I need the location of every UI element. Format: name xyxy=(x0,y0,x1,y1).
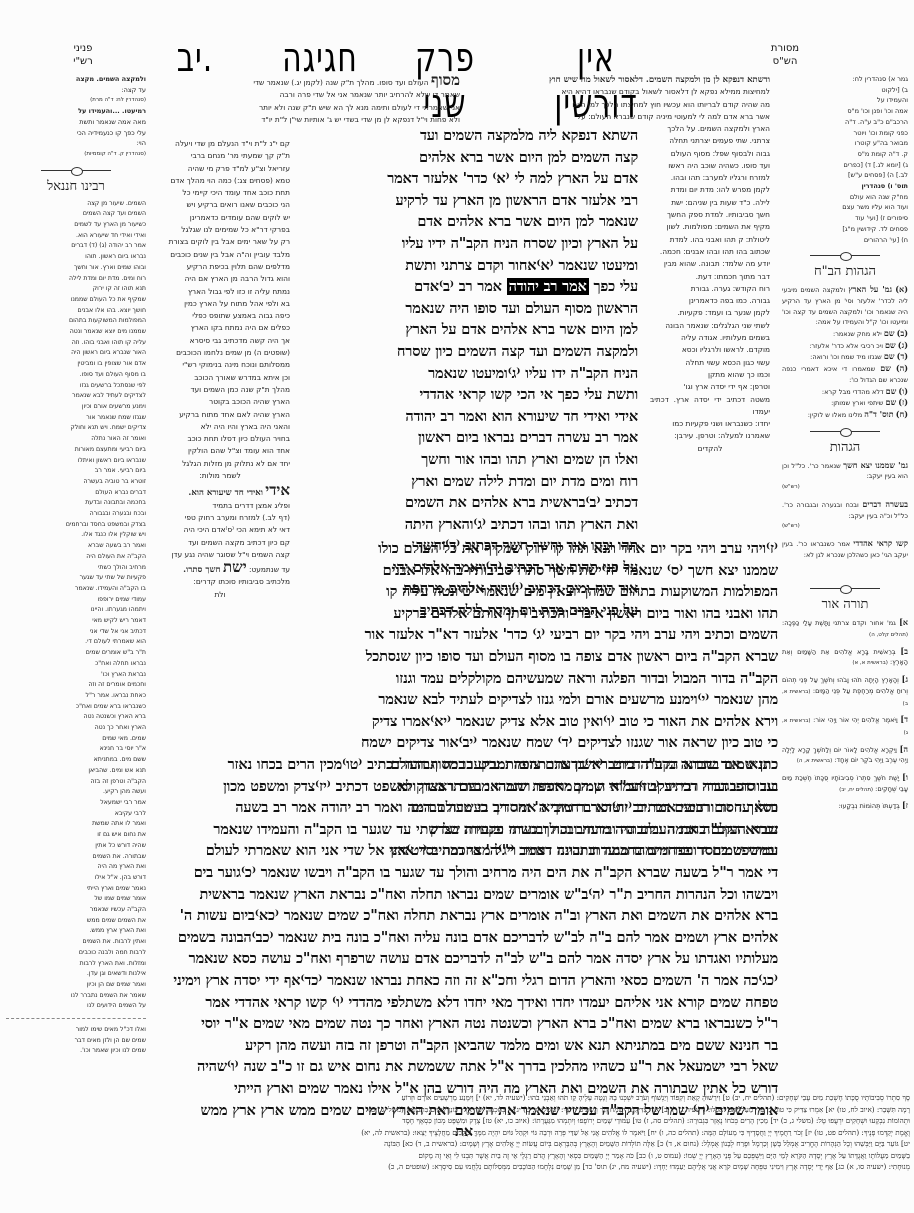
rc-line: ואומר זה האור נתלה xyxy=(6,434,146,445)
rc-line: ת"ר ב"ש אומרים שמים xyxy=(6,648,146,659)
rc-line: אילנות ודשאים וגן עדן. xyxy=(6,969,146,980)
rc-line: צדיקים ישמח. ויש תנא וחולק xyxy=(6,423,146,434)
rc-line: האור שנברא ביום ראשון היה xyxy=(6,348,146,359)
rashi-line: וטרפן: אף ידי יסדה ארץ וגו' xyxy=(650,381,770,393)
tosafot-line: מסוף העולם ועד סופו. מהלך ת"ק שנה (לקמן … xyxy=(150,74,460,89)
hagahot-entry: בעשרה דברים ובכח ובגערה ובגבורה כר'. כל"… xyxy=(782,499,908,532)
gemara-text: אמר רב ⁽ב⁾אדם xyxy=(414,278,502,295)
rc-line: וימנע מרשעים אורם וכיון xyxy=(6,402,146,413)
entry-text: מלינו מאלו ש לוקין: xyxy=(808,411,862,419)
rc-line: את השמים שמים ממש xyxy=(6,916,146,927)
entry-tag: ו] xyxy=(902,772,908,782)
gemara-line: השמים וכתיב ויהי ערב ויהי בקר יום רביעי … xyxy=(298,624,778,646)
tosafot-line: (שופטים ה) מן שמים נלחמו הכוכבים xyxy=(150,347,290,359)
gemara-line: עלי כפך אמר רב יהודה אמר רב ⁽ב⁾אדם xyxy=(298,276,638,298)
hagahot-habach-entry: (ב) שם ילא מחק שנאמר: xyxy=(782,328,908,340)
rc-line: תנא תוהו זה קו ירוק xyxy=(6,284,146,295)
rc-line: כאחת נבראו. אמר ר"ל xyxy=(6,691,146,702)
rc-line: אמר רבי ישמעאל xyxy=(6,798,146,809)
rashi-commentary: ודשתא דנפקא לן מן ולמקצה השמים. דלאסור ל… xyxy=(460,74,770,123)
rc-line: ברא הארץ וכשנטה נטה xyxy=(6,712,146,723)
rc-line: בו הקב"ה והעמידו. שנאמר xyxy=(6,584,146,595)
rc-line: לרבות חמה ולבנה כוכבים xyxy=(6,948,146,959)
penei-rashi-source: (סנהדרין ק. ד"ה קוממיות) xyxy=(6,149,146,160)
hagahot-habach-title: הגהות הב"ח xyxy=(782,264,908,280)
highlighted-phrase[interactable]: אמר רב יהודה xyxy=(507,278,589,295)
penei-rashi-label: פניני רש"י xyxy=(58,42,108,68)
hagahot-habach-entry: (ה) שם שמאמרו די איכא דאמרי כנפה שנכרא ש… xyxy=(782,363,908,385)
gemara-line: הניח הקב"ה ידו עליו ⁽ג⁾ומיעטו שנאמר xyxy=(298,363,638,385)
hagahot-habach-entry: (ג) שם ויכ רכיבי אלא כדר' אלעזר: xyxy=(782,340,908,352)
tosafot-line: ת"ק קך שמעתי מר' מנחם ברבי xyxy=(150,150,290,162)
gemara-line: עמודי שמים ירופפו ויתמהו מגערתו והיינו ד… xyxy=(150,840,778,862)
gemara-line: השתא דנפקא ליה מלמקצה השמים ועד xyxy=(298,125,638,147)
rc-line: תנא אש ומים. שהביאן xyxy=(6,766,146,777)
rashi-line: משטה דכתיב ידי יסדה ארץ. דכתיב יעמדו xyxy=(650,394,770,419)
rc-line: הקב"ה עכשיו שנאמר xyxy=(6,905,146,916)
entry-tag: (א) xyxy=(895,284,908,294)
torah-or-entry: ג] וְהָאָרֶץ הָיְתָה תֹהוּ וָבֹהוּ וְחֹש… xyxy=(782,674,908,709)
tosafot-line: קצה השמים וי"ל שסוגר שהיה נגע עדן xyxy=(150,549,290,561)
tosafot-text: חשך סתרו. xyxy=(183,565,221,575)
gemara-line: שברא הקב"ה ביום ראשון אדם צופה בו מסוף ה… xyxy=(298,646,778,668)
rc-line: דברים נברא העולם xyxy=(6,488,146,499)
rc-line: אומר שמים שמו של xyxy=(6,894,146,905)
gemara-line: כי טוב כיון שראה אור שגנזו לצדיקים ⁽ד⁾ ש… xyxy=(298,732,778,754)
rashi-line: למזרח ורגליו למערב: תהו ובהו. xyxy=(650,172,770,184)
rashi-line: אשר ברא אדם למה לי למעוטי מיניה קודם שנב… xyxy=(460,111,770,123)
rc-line: שאמר את השמים נתברר לנו xyxy=(6,991,146,1002)
tosafot-dibur-hamatchil: ישת xyxy=(223,558,247,576)
tosafot-text: ואידי חד שיעורא הוא. xyxy=(188,488,263,498)
rashi-line: דבר מתוך חכמתו: דעת. xyxy=(650,271,770,283)
verse-source: (תהלים קלט, ה) xyxy=(869,632,908,638)
tosafot-opening-word: מסוף xyxy=(431,71,460,89)
ornament-divider xyxy=(41,166,111,175)
masoret-entry: גמר א) סנהדרין לח: xyxy=(782,74,908,85)
entry-tag: ב] xyxy=(900,646,908,656)
rc-line: א"ר יוסי בר חנינא xyxy=(6,744,146,755)
tosafot-line: שאמר די שלא להרחיב יותר שנאמר אני אל שדי… xyxy=(150,89,460,101)
rashi-line: צרתני. שתי פעמים יצרתני תחלה xyxy=(650,135,770,147)
entry-head: שם xyxy=(885,340,896,350)
hagahot-habach-entry: (ח) תוס' ד"ה מלינו מאלו ש לוקין: xyxy=(782,409,908,421)
verse-source: (בראשית א, א) xyxy=(852,660,888,666)
torah-or-footnotes: סָךְ סִתְרוֹ סְבִיבוֹתָיו סֻכָּתוֹ חֶשְׁ… xyxy=(100,1092,910,1173)
entry-head: גמ' על הארץ xyxy=(848,284,892,294)
entry-tag: (ח) xyxy=(896,409,908,419)
entry-source: (רש"ש) xyxy=(782,482,908,493)
rc-line: חושך יוצא. בהו אלו אבנים xyxy=(6,306,146,317)
masoret-entry: ק. ד"ה קומת מ"ס xyxy=(782,149,908,160)
gemara-line: למן היום אשר ברא אלהים אדם על הארץ xyxy=(298,319,638,341)
entry-head: בעשרה דברים xyxy=(862,499,908,509)
verse-source: (תהלים יח, יב) xyxy=(839,787,873,793)
rashi-line: לקמן שנער בו ועמד: פקעיות. xyxy=(650,307,770,319)
entry-tag: א] xyxy=(899,617,908,627)
rc-line: הוא שאמרתי לעולם די. xyxy=(6,637,146,648)
rc-line: לפי שנסתכל ברשעים גנזו xyxy=(6,381,146,392)
entry-source: (רש"ש) xyxy=(782,521,908,532)
rc-line: שבתורה. את השמים xyxy=(6,852,146,863)
rashi-line: ליטולת: ק תהו ואבני בהו. למדת xyxy=(650,234,770,246)
entry-text: שיתפי וארץ שמותן: xyxy=(831,399,883,407)
rashi-line: וכמו כך שהוא מתקן xyxy=(650,369,770,381)
rc-line: דורש בהן. א"ל אילו xyxy=(6,873,146,884)
rabbeinu-chananel-title: רבינו חננאל xyxy=(6,179,146,195)
rashi-line: להקדים xyxy=(650,443,770,455)
rc-line: עמודי שמים ירופפו xyxy=(6,595,146,606)
penei-rashi-line: הוי: xyxy=(6,138,146,149)
tosafot-line: בחויר העולם כיון דסלו תחת כוכב xyxy=(150,433,290,445)
tosafot-line: והוא גדול הרבה מן הארץ אם היה xyxy=(150,273,290,285)
tosafot-line: כפלים אם היה נמתח בקו הארץ xyxy=(150,322,290,334)
hagahot-habach-entry: (א) גמ' על הארץ ולמקצה השמים מיבעי ליה ל… xyxy=(782,284,908,328)
penei-rashi-section: ולמקצה השמים. מקצה עד קצה: (סנהדרין לח: … xyxy=(6,74,146,160)
rashi-line: למחיצות ממילא נפקא לן דלאסור לשאול בקודם… xyxy=(460,86,770,98)
tosafot-line: הני כוכבים שאנו רואים ברקיע ויש xyxy=(150,199,290,211)
rc-line: שנבראו ביום ראשון ואיתלו xyxy=(6,456,146,467)
masoret-entry: לב.] ה) [פסחים ע"ש] xyxy=(782,170,908,181)
rc-line: ואמר שמים שם הן וכיון xyxy=(6,980,146,991)
ornament-divider xyxy=(810,584,880,593)
entry-head: שם xyxy=(885,397,896,407)
rc-line: מרחיב והולך כשתי xyxy=(6,563,146,574)
rc-line: ביום רביעי. אמר רב xyxy=(6,466,146,477)
rc-line: לרבי עקיבא xyxy=(6,809,146,820)
rc-line: דכתיב אני אל שדי אני xyxy=(6,627,146,638)
gemara-line: אמר רב עשרה דברים נבראו ביום ראשון xyxy=(298,427,638,449)
tosafot-line: ולת xyxy=(150,589,290,601)
gemara-line: הראשון מסוף העולם ועד סופו היה שנאמר xyxy=(298,298,638,320)
entry-tag: (ו) xyxy=(898,386,908,396)
rc-line: נאמר שמים וארץ הייתי xyxy=(6,884,146,895)
entry-tag: ג] xyxy=(902,674,908,684)
entry-tag: ז] xyxy=(902,800,908,810)
tosafot-line: טמא (פסחים צג:) כמה הוי מהלך אדם xyxy=(150,175,290,187)
tosafot-line: דאי לא תימא הכי ⁽ס⁾אדם היכי היה xyxy=(150,524,290,536)
gemara-line: אדם על הארץ למה לי ⁽א⁾ כדר' אלעזר דאמר xyxy=(298,168,638,190)
rashi-line: רוח הקודש: גערה. גבורת xyxy=(650,283,770,295)
masoret-entry: ג) [יומא לג.] ד) [כפרים xyxy=(782,160,908,171)
gemara-wide-block-lower: כונן שמים בתבונה בדעת דכתיב ⁽יד⁾בדעתו תה… xyxy=(150,754,778,1143)
gemara-line: ויבשהו וכל הנהרות החריב ת"ר ⁽ה⁾ב"ש אומרי… xyxy=(150,884,778,906)
footnote-line: בַשָּׁמַיִם מַעֲלוֹתָו וַאֲגֻדָּתוֹ עַל … xyxy=(100,1150,910,1162)
rc-line: שממנו מים יוצא שנאמר ונטה xyxy=(6,327,146,338)
gemara-line: בגבורה בגערה דכתיב ⁽טז⁾עמודי שמים ירופפו… xyxy=(150,776,778,798)
rc-line: זוטרא בר טוביה בעשרה xyxy=(6,477,146,488)
gemara-line: המפולמות המשוקעות בתהום שמהן יוצאין מים … xyxy=(298,581,778,603)
rc-line: ואידי ואידי חד שיעורא הוא. xyxy=(6,231,146,242)
rc-line: ויש שוקלין אלו כנגד אלו. xyxy=(6,530,146,541)
masoret-entry: מח"ק שנה הוא עולם xyxy=(782,192,908,203)
rc-line: נבראו ביום ראשון. תוהו xyxy=(6,252,146,263)
masoret-label-line1: מסורת xyxy=(760,42,810,55)
rashi-line: יודע מה שלמד: תבונה. שהוא מבין xyxy=(650,258,770,270)
tosafot-line: מלכתיב סביבותיו סוכתו קדרים: xyxy=(150,576,290,588)
verse-text: גמ' אחור וקדם צרתני וַתָּשֶׁת עָלַי כַּפ… xyxy=(782,619,896,627)
entry-head: שם xyxy=(884,351,895,361)
tosafot-line: הארץ שהיה לאם אחד מתוח ברקיע xyxy=(150,409,290,421)
ornament-divider xyxy=(810,251,880,260)
gemara-line: שברא הקב"ה את העולם היה מרחיב והולך כשתי… xyxy=(150,819,778,841)
rashi-line: מוקדם. לראשו ולרגליו וכסא xyxy=(650,344,770,356)
rc-line: על השמים הידועים לנו xyxy=(6,1001,146,1012)
rc-line: בו מסוף העולם ועד סופו. xyxy=(6,370,146,381)
masoret-label-line2: הש"ס xyxy=(760,55,810,68)
tosafot-line: אני שאמרתי די לעולם ותימה מנא לך הא שיש … xyxy=(150,102,460,114)
rc-note-line: ואלו דכ"ל מאים שימו למור xyxy=(6,1025,146,1036)
rc-line: רוח ומים. מדת יום ומדת לילה xyxy=(6,274,146,285)
rc-line: הקב"ה את העולם היה xyxy=(6,552,146,563)
rc-line: שהיה דורש כל אתין xyxy=(6,841,146,852)
rc-line: ועשה מהן רקיע. xyxy=(6,787,146,798)
masoret-entry: כפני קומת וכו' ויוטר xyxy=(782,128,908,139)
entry-head: שם xyxy=(880,363,891,373)
masoret-entry: סיפורים ז) [ועי' עוד xyxy=(782,213,908,224)
tosafot-dibur-hamatchil: אידי xyxy=(265,481,290,499)
rc-line: דאמר ריש לקיש מאי xyxy=(6,616,146,627)
rc-line: ואת הארץ מה היה xyxy=(6,862,146,873)
rashi-line: שאמרנו למעלה: וטרפן. עירבן: xyxy=(650,430,770,442)
gemara-line: ר"ל כשנבראו ברא שמים ואח"כ ברא הארץ וכשנ… xyxy=(150,1013,778,1035)
rc-line: לצדיקים לעתיד לבא שנאמר xyxy=(6,391,146,402)
tosafot-line: עזריאל וצ"ע למ"ד פרק מי שהיה xyxy=(150,163,290,175)
dashed-rule xyxy=(6,1018,146,1019)
tosafot-line: רק על שאר ימים אבל בין לוקים בצורת xyxy=(150,236,290,248)
gemara-line: תהו ואבני בהו ואור ביום ראשון איברי והכת… xyxy=(298,603,778,625)
torah-or-entry: ב] בְּרֵאשִׁית בָּרָא אֱלֹהִים אֵת הַשָּ… xyxy=(782,646,908,669)
tosafot-line: תחת כוכב אחד עומד היכי קיימי כל xyxy=(150,187,290,199)
gemara-line: מעלותיו ואגדתו על ארץ יסדה אמר להם ב"ש ל… xyxy=(150,948,778,970)
page-header: מסורת הש"ס אין דורשין פרק שני חגיגה יב. … xyxy=(0,0,914,78)
tosafot-line: עד שנתמעט: ישת חשך סתרו. xyxy=(150,561,290,576)
tosafot-line: אך היה קשה מדכתיב גבי סיסרא xyxy=(150,335,290,347)
gemara-line: ⁽ז⁾ויהי ערב ויהי בקר יום אחד תנא תהו קו … xyxy=(298,538,778,560)
hagahot-entry: קשו קראי אהדדי אמר כשנבראו כר'. בעין יעק… xyxy=(782,538,908,560)
gemara-line: אידי ואידי חד שיעורא הוא ואמר רב יהודה xyxy=(298,406,638,428)
rashi-line: גבוה ולבסוף שפל: מסוף העולם xyxy=(650,148,770,160)
tosafot-line: בפרקי דר"א כל שמימים לנו שגלגל xyxy=(150,224,290,236)
rashi-line: שכתוב בהו תהו ובהו אבנים: חכמה. xyxy=(650,246,770,258)
rashi-line: ודשתא דנפקא לן מן ולמקצה השמים. דלאסור ל… xyxy=(460,74,770,86)
penei-label-line1: פניני xyxy=(58,42,108,55)
rabbeinu-chananel-note: ואלו דכ"ל מאים שימו למור שמים שם הן ולזן… xyxy=(6,1025,146,1057)
gemara-line: די אמר ר"ל בשעה שברא הקב"ה את הים היה מר… xyxy=(150,862,778,884)
entry-tag: (ג) xyxy=(898,340,908,350)
entry-tag: (ד) xyxy=(897,351,908,361)
gemara-line: דכתיב ⁽ב⁾בראשית ברא אלהים את השמים xyxy=(298,492,638,514)
rc-line: ויתמהו מגערתו. והיינו xyxy=(6,605,146,616)
masoret-entry: אמה וכו' ופנן וכו' מ"ס xyxy=(782,106,908,117)
rashi-dibur-hamatchil: ודשתא דנפקא לן מן ולמקצה השמים. דלאסור ל… xyxy=(549,75,770,85)
rc-line: ואתין לרבות. את השמים xyxy=(6,937,146,948)
rc-line: כשנבראו ברא שמים ואח"כ xyxy=(6,702,146,713)
verse-text: בְּרֵאשִׁית בָּרָא אֱלֹהִים אֵת הַשָּׁמַ… xyxy=(782,648,908,667)
rashi-line: ועד סופו. כשהיה שוכב היה ראשו xyxy=(650,160,770,172)
gemara-line: כונן שמים בתבונה בדעת דכתיב ⁽יד⁾בדעתו תה… xyxy=(150,754,778,776)
tosafot-commentary-column: קם י"נ ל"ת וי"ד הנעלם מן שדי ויעלה ת"ק ק… xyxy=(150,138,290,601)
rc-line: בחכמה ובתבונה ובדעת xyxy=(6,498,146,509)
entry-tag: (ב) xyxy=(897,328,908,338)
rc-line: המפולמות המשוקעות בתהום xyxy=(6,316,146,327)
tosafot-line: (דף לב.) למזרח ומערב רחוק טפי xyxy=(150,512,290,524)
entry-head: גמ' שממנו יצא חשך xyxy=(843,460,908,470)
rc-line: ששם מים. במתניתא xyxy=(6,755,146,766)
rc-line: הארץ ואחר כך נטה xyxy=(6,723,146,734)
verse-text: בְּדַעְתּוֹ תְּהוֹמוֹת נִבְקָעוּ: xyxy=(839,802,900,810)
tosafot-line: יחד אם לא נתלוק מן מזלות הגלגל xyxy=(150,458,290,470)
tosafot-line: ופליג אמצן דדרים בתמיד xyxy=(150,500,290,512)
tosafot-line: כיפה גבוה באמצע שתופס כפלי xyxy=(150,310,290,322)
rashi-line: לילה. כ"ד שעות בין שניהם: ישת xyxy=(650,197,770,209)
tosafot-line: והאני היה בארץ והיו היה ילא xyxy=(150,421,290,433)
tosafot-line: מדלפים שהם תלוין בכיפת הרקיע xyxy=(150,261,290,273)
rc-line: ביום רביעי ומתעצם מאורות xyxy=(6,445,146,456)
tosafot-line: מלבד עוביין וה"ה אבל בין שנים כוכבים xyxy=(150,249,290,261)
rc-line: כשיעור מן הארץ עד לשמים xyxy=(6,220,146,231)
gemara-line: רוח ומים מדת יום ומדת לילה שמים וארץ xyxy=(298,471,638,493)
torah-or-entry: ד] וַיֹּאמֶר אֱלֹהִים יְהִי אוֹר וַיְהִי… xyxy=(782,714,908,738)
rc-line: ואמר לו אתה שמשת xyxy=(6,819,146,830)
torah-or-entry: ז] בְּדַעְתּוֹ תְּהוֹמוֹת נִבְקָעוּ: xyxy=(782,800,908,812)
rc-line: השמים ועד קצה השמים xyxy=(6,209,146,220)
torah-or-entry: א] גמ' אחור וקדם צרתני וַתָּשֶׁת עָלַי כ… xyxy=(782,617,908,640)
tosafot-line: קם כיון דכתיב מקצה השמים ועד xyxy=(150,537,290,549)
rc-note-line: שמים שם הן ולזן מאים דבר xyxy=(6,1036,146,1047)
tosafot-line: בא ולפי אהל מתוח על הארץ כמין xyxy=(150,298,290,310)
rc-line: השמים. שיעור מן קצה xyxy=(6,199,146,210)
footnote-line: יט] גּוֹעֵר בַּיָּם וַיַּבְּשֵׁהוּ וְכָל… xyxy=(100,1138,910,1150)
tosafot-line: אחד הוא עומד וצ"ל שהם הולקין xyxy=(150,445,290,457)
gemara-line: כסאך חסד ורחמים דכתיב ⁽יח⁾זכור רחמיך ה' … xyxy=(150,797,778,819)
rc-line: שגנזו שמח שנאמר אור xyxy=(6,413,146,424)
rashi-line: מקיף את השמים: מפולמות. לשון xyxy=(650,221,770,233)
masoret-entry: פסחים לד. קידושין מ"ג] xyxy=(782,224,908,235)
masoret-hashas-column: גמר א) סנהדרין לח: ב) [ילקוט והעמידו על … xyxy=(782,74,908,812)
hagahot-habach-entry: (ד) שם שגנזו מיד שמח וכו' ורואה: xyxy=(782,351,908,363)
rc-line: ובוהו שמים וארץ. אור וחשך xyxy=(6,263,146,274)
tosafot-line: וכן איתא במדרש שאורך הכוכב xyxy=(150,372,290,384)
torah-or-entry: ו] יָשֶׁת חֹשֶׁךְ סִתְרוֹ סְבִיבוֹתָיו ס… xyxy=(782,772,908,795)
entry-tag: (ה) xyxy=(896,363,908,373)
gemara-text: עלי כפך xyxy=(593,278,638,295)
gemara-line: הקב"ה בדור המבול ובדור הפלגה וראה שמעשיה… xyxy=(298,668,778,690)
entry-text: דלא מהדדי מבל קרא: xyxy=(822,388,884,396)
torah-or-entry: ה] וַיִּקְרָא אֱלֹהִים לָאוֹר יוֹם וְלַח… xyxy=(782,744,908,767)
entry-text: ויכ רכיבי אלא כדר' אלעזר: xyxy=(809,342,883,350)
tosafot-line: הארץ שהיה הכוכב בקוטר xyxy=(150,396,290,408)
entry-tag: ד] xyxy=(900,714,908,724)
footnote-line: סָךְ סִתְרוֹ סְבִיבוֹתָיו סֻכָּתוֹ חֶשְׁ… xyxy=(100,1092,910,1104)
masoret-entry: הרכב"ם כ"ב ע"ה. ד"ה xyxy=(782,117,908,128)
rashi-line: חשך סביבותיו. למדת ספק החשך xyxy=(650,209,770,221)
verse-source: (בראשית א, ה) xyxy=(797,758,833,764)
gemara-line: שממנו יצא חשך ⁽ס⁾ שנאמר ⁽ח⁾ישת חשך סתרו … xyxy=(298,560,778,582)
gemara-line: שנאמר למן היום אשר ברא אלהים אדם xyxy=(298,211,638,233)
rashi-line: עשוי כגון הכסא עשוי תחלה xyxy=(650,357,770,369)
gemara-line: ואלו הן שמים וארץ תהו ובהו אור וחשך xyxy=(298,449,638,471)
penei-rashi-line: עלי כפך קו כנעמידיה הכי xyxy=(6,128,146,139)
rc-line: שמקיף את כל העולם שממנו xyxy=(6,295,146,306)
rc-line: שמים. מאי שמים xyxy=(6,734,146,745)
gemara-line: טפחה שמים קורא אני אליהם יעמדו יחדו ואיד… xyxy=(150,992,778,1014)
masoret-entry: תוס' ו) סנהדרין xyxy=(782,181,908,192)
footnote-line: רָמָה תִּשָּׁבֵר: (איוב לח, טו) יא] אִמְ… xyxy=(100,1104,910,1116)
rc-line: בצדק ובמשפט בחסד וברחמים xyxy=(6,520,146,531)
penei-rashi-line: רמיעטו. ...והעמידו על xyxy=(6,106,146,117)
verse-text: וַיֹּאמֶר אֱלֹהִים יְהִי אוֹר וַיְהִי או… xyxy=(813,716,898,724)
rashi-line: לשתי שני הגלגלים: שנאמר הבונה xyxy=(650,320,770,332)
rabbeinu-chananel-text: השמים. שיעור מן קצה השמים ועד קצה השמים … xyxy=(6,199,146,1012)
penei-rashi-line: מאה אמה שנאמר ותשת xyxy=(6,117,146,128)
rc-line: אדם אור שצופין בו ומביטין xyxy=(6,359,146,370)
gemara-line: ברא אלהים את השמים ואת הארץ וב"ה אומרים … xyxy=(150,905,778,927)
hagahot-habach-entry: (ז) שם שיתפי וארץ שמותן: xyxy=(782,397,908,409)
tosafot-text: העולם ועד סופו. מהלך ת"ק שנה (לקמן יג.) … xyxy=(253,78,428,87)
penei-rashi-line: ולמקצה השמים. מקצה xyxy=(6,74,146,85)
rc-note-line: שמים לנו וכיון שאמר וכו'. xyxy=(6,1046,146,1057)
entry-head: שם xyxy=(884,328,895,338)
hagahot-habach-entry: (ו) שם דלא מהדדי מבל קרא: xyxy=(782,386,908,398)
rc-line: ואת הארץ ארץ ממש. xyxy=(6,926,146,937)
gemara-line: על הארץ וכיון שסרח הניח הקב"ה ידיו עליו xyxy=(298,233,638,255)
gemara-line: שאל רבי ישמעאל את ר"ע כשהיו מהלכין בדרך … xyxy=(150,1056,778,1078)
rc-line: אמר רב יהודה (ג) (ד) דברים xyxy=(6,241,146,252)
rashi-commentary-column: הארץ ולמקצה השמים. על הלכך צרתני. שתי פע… xyxy=(650,123,770,455)
penei-rashi-source: (סנהדרין לח: ד"ה מרת) xyxy=(6,95,146,106)
rashi-line: הארץ ולמקצה השמים. על הלכך xyxy=(650,123,770,135)
rashi-line: בשמים מעלותיו. אגודה עליה xyxy=(650,332,770,344)
tosafot-line: קם י"נ ל"ת וי"ד הנעלם מן שדי ויעלה xyxy=(150,138,290,150)
penei-label-line2: רש"י xyxy=(58,55,108,68)
gemara-line: ותשת עלי כפך אי הכי קשו קראי אהדדי xyxy=(298,384,638,406)
tosafot-line: נמתח עליה זו כזו לפי גבול הארץ xyxy=(150,286,290,298)
tosafot-line: ממסלותם ונוכח מינה בנימוקי רש"י xyxy=(150,359,290,371)
entry-head: קשו קראי אהדדי xyxy=(853,538,908,548)
masoret-entry: ועוד הוא עליו משר עצם xyxy=(782,202,908,213)
rc-line: נבראו תחלה ואח"כ xyxy=(6,659,146,670)
rc-line: עליה קו תוהו ואבני בוהו. וזה xyxy=(6,338,146,349)
gemara-line: ומיעטו שנאמר ⁽א⁾אחור וקדם צרתני ותשת xyxy=(298,255,638,277)
footnote-line: מְנוּחָתִי: (ישעיה סו, א) כג] אַף יָדִי … xyxy=(100,1161,910,1173)
masoret-entry: ח) [עי' הרהורים xyxy=(782,235,908,246)
rashi-line: יחדו: כשנבראו ושני פקעיות כמו xyxy=(650,418,770,430)
masoret-entry: ב) [ילקוט xyxy=(782,85,908,96)
gemara-line: רבי אלעזר אדם הראשון מן הארץ עד לרקיע xyxy=(298,190,638,212)
hagahot-entry: גמ' שממנו יצא חשך שנאמר כר'. כל"ל וכן הו… xyxy=(782,460,908,493)
rc-line: פקעיות של שתי עד שגער xyxy=(6,573,146,584)
entry-text: שגנזו מיד שמח וכו' ורואה: xyxy=(810,353,882,361)
gemara-line: וירא אלהים את האור כי טוב ⁽ו⁾ואין טוב אל… xyxy=(298,711,778,733)
rc-line: הקב"ה וטרפן זה בזה xyxy=(6,777,146,788)
left-margin-column: ולמקצה השמים. מקצה עד קצה: (סנהדרין לח: … xyxy=(6,74,146,1057)
tosafot-line: מהלך ת"ק שנה כמן השמים ועד xyxy=(150,384,290,396)
tosafot-commentary: מסוף העולם ועד סופו. מהלך ת"ק שנה (לקמן … xyxy=(150,74,460,126)
rashi-line: גבורה. כמו בפה כדאמרינן xyxy=(650,295,770,307)
gemara-line: מהן שנאמר ⁽י⁾וימנע מרשעים אורם ולמי גנזו… xyxy=(298,689,778,711)
footnote-line: וּתְהוֹמוֹת נִבְקָעוּ וּשְׁחָקִים יִרְעֲ… xyxy=(100,1115,910,1127)
masoret-hashas-label: מסורת הש"ס xyxy=(760,42,810,68)
gemara-line: ואת הארץ תהו ובהו דכתיב ⁽ג⁾והארץ היתה xyxy=(298,514,638,536)
rashi-line: לקמן מפרש להו: מדת יום ומדת xyxy=(650,184,770,196)
rc-line: ומזלות. ואת הארץ לרבות xyxy=(6,959,146,970)
rashi-line: מה שהיה קודם לבריותו הוא עכשיו חוץ למחיצ… xyxy=(460,99,770,111)
entry-head: תוס' ד"ה xyxy=(864,409,893,419)
entry-head: שם xyxy=(886,386,897,396)
footnote-line: וֶאֱמֶת יְקַדְּמוּ פָנֶיךָ: (תהלים פט, ט… xyxy=(100,1127,910,1139)
tosafot-line: יש לוקים שהם עומדים כדאמרינן xyxy=(150,212,290,224)
